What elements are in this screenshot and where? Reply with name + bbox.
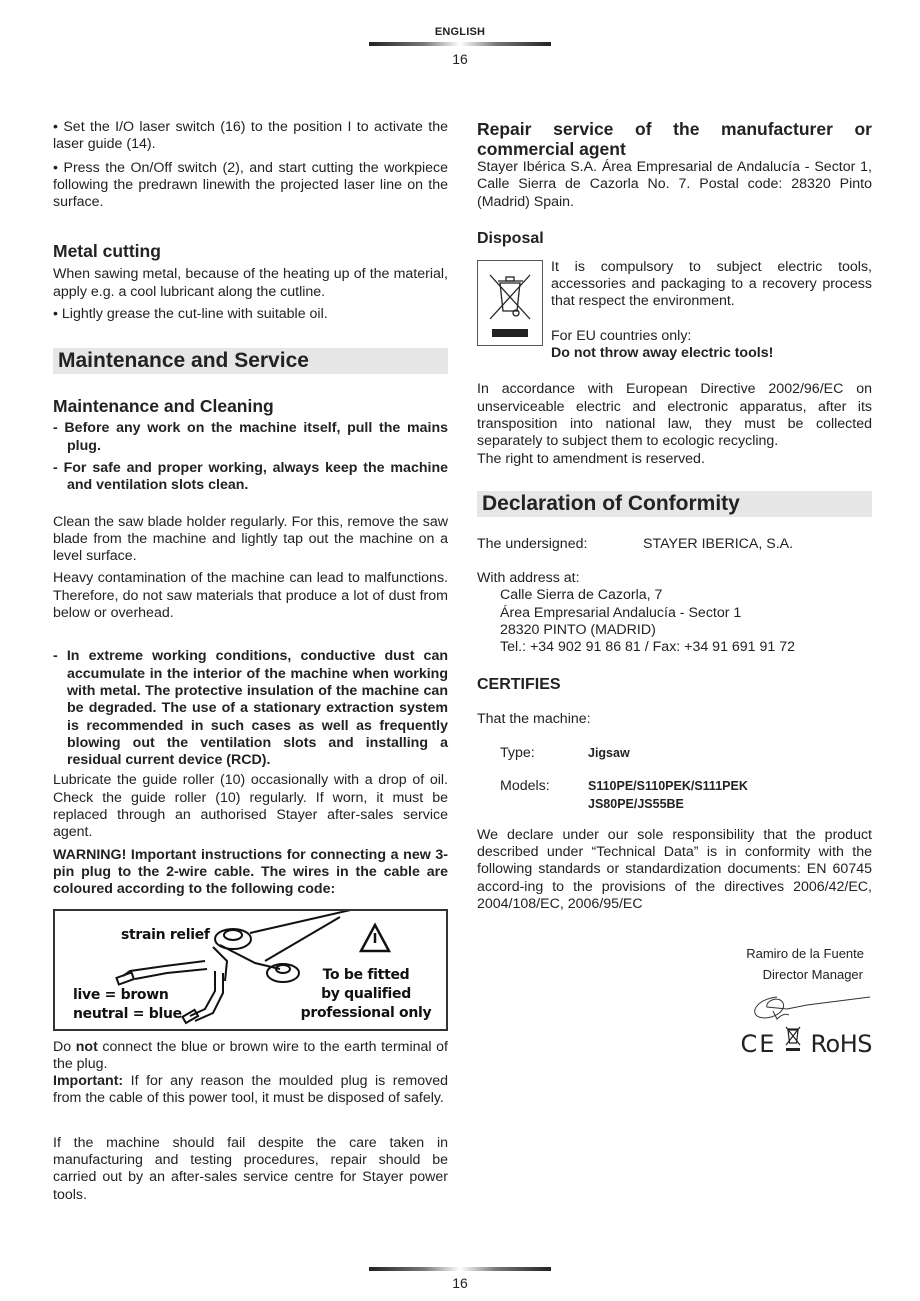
models-value-2: JS80PE/JS55BE	[588, 796, 748, 813]
neutral-wire-label: neutral = blue	[73, 1005, 182, 1024]
signature	[477, 985, 872, 1025]
undersigned-label: The undersigned:	[477, 536, 643, 553]
earth-note-bold: not	[76, 1039, 98, 1055]
guide-roller-text: Lubricate the guide roller (10) occasion…	[53, 772, 448, 841]
fit-note-line-3: professional only	[296, 1004, 436, 1023]
qualified-fitting-note: To be fitted by qualified professional o…	[296, 966, 436, 1023]
fit-note-line-2: by qualified	[296, 985, 436, 1004]
type-row: Type: Jigsaw	[477, 745, 872, 762]
repair-service-address: Stayer Ibérica S.A. Área Empresarial de …	[477, 159, 872, 211]
header-language: ENGLISH	[0, 26, 920, 38]
models-value-1: S110PE/S110PEK/S111PEK	[588, 778, 748, 795]
type-value: Jigsaw	[588, 745, 630, 762]
header-divider	[369, 42, 551, 46]
weee-bin-icon	[477, 260, 543, 346]
disposal-block: It is compulsory to subject electric too…	[477, 259, 872, 362]
warning-keep-clean: - For safe and proper working, always ke…	[53, 460, 448, 495]
declaration-heading: Declaration of Conformity	[477, 491, 872, 517]
models-row: Models: S110PE/S110PEK/S111PEK JS80PE/JS…	[477, 778, 872, 813]
amendment-text: The right to amendment is reserved.	[477, 451, 872, 468]
type-label: Type:	[477, 745, 588, 762]
right-column: Repair service of the manufacturer or co…	[477, 119, 872, 1053]
fit-note-line-1: To be fitted	[296, 966, 436, 985]
disposal-text: It is compulsory to subject electric too…	[551, 259, 872, 311]
footer-divider	[369, 1267, 551, 1271]
repair-service-heading: Repair service of the manufacturer or co…	[477, 119, 872, 159]
certifies-heading: CERTIFIES	[477, 675, 872, 695]
address-block: Calle Sierra de Cazorla, 7 Área Empresar…	[477, 587, 872, 656]
footer-page-number: 16	[0, 1275, 920, 1291]
earth-terminal-note: Do not connect the blue or brown wire to…	[53, 1039, 448, 1074]
address-line-4: Tel.: +34 902 91 86 81 / Fax: +34 91 691…	[500, 639, 872, 656]
rohs-mark-icon: RoHS	[810, 1036, 872, 1053]
weee-mark-icon	[784, 1025, 802, 1053]
eu-only-label: For EU countries only:	[551, 328, 872, 345]
address-label: With address at:	[477, 570, 872, 587]
address-line-2: Área Empresarial Andalucía - Sector 1	[500, 605, 872, 622]
conformity-statement: We declare under our sole responsibility…	[477, 827, 872, 913]
undersigned-row: The undersigned: STAYER IBERICA, S.A.	[477, 536, 872, 553]
strain-relief-label: strain relief	[121, 926, 210, 945]
address-line-3: 28320 PINTO (MADRID)	[500, 622, 872, 639]
address-line-1: Calle Sierra de Cazorla, 7	[500, 587, 872, 604]
directive-text: In accordance with European Directive 20…	[477, 381, 872, 450]
handwritten-signature-icon	[747, 985, 872, 1025]
warning-pull-plug: - Before any work on the machine itself,…	[53, 420, 448, 455]
models-label: Models:	[477, 778, 588, 813]
earth-note-rest: connect the blue or brown wire to the ea…	[53, 1039, 448, 1072]
metal-cutting-text: When sawing metal, because of the heatin…	[53, 266, 448, 301]
important-note: Important: If for any reason the moulded…	[53, 1073, 448, 1108]
undersigned-value: STAYER IBERICA, S.A.	[643, 536, 793, 553]
signature-block: Ramiro de la Fuente Director Manager	[477, 943, 872, 985]
live-wire-label: live = brown	[73, 986, 169, 1005]
important-label: Important:	[53, 1073, 123, 1089]
eu-warning: Do not throw away electric tools!	[551, 345, 872, 362]
signer-title: Director Manager	[477, 964, 864, 985]
contamination-text: Heavy contamination of the machine can l…	[53, 570, 448, 622]
metal-cutting-bullet: • Lightly grease the cut-line with suita…	[53, 306, 448, 323]
extreme-conditions-warning: - In extreme working conditions, conduct…	[53, 648, 448, 769]
signer-name: Ramiro de la Fuente	[477, 943, 864, 964]
laser-bullet-1: • Set the I/O laser switch (16) to the p…	[53, 119, 448, 154]
machine-label: That the machine:	[477, 711, 872, 728]
disposal-heading: Disposal	[477, 229, 872, 249]
earth-note-prefix: Do	[53, 1039, 76, 1055]
laser-bullet-2: • Press the On/Off switch (2), and start…	[53, 160, 448, 212]
certification-marks: CE RoHS	[477, 1025, 872, 1053]
ce-mark-icon: CE	[741, 1036, 777, 1053]
header-page-number: 16	[0, 51, 920, 67]
maintenance-cleaning-heading: Maintenance and Cleaning	[53, 396, 448, 416]
plug-warning: WARNING! Important instructions for conn…	[53, 847, 448, 899]
left-column: • Set the I/O laser switch (16) to the p…	[53, 119, 448, 1204]
repair-note: If the machine should fail despite the c…	[53, 1135, 448, 1204]
maintenance-service-heading: Maintenance and Service	[53, 348, 448, 374]
wiring-diagram: strain relief live = brown neutral = blu…	[53, 909, 448, 1031]
clean-blade-holder-text: Clean the saw blade holder regularly. Fo…	[53, 514, 448, 566]
disposal-text-block: It is compulsory to subject electric too…	[551, 259, 872, 362]
metal-cutting-heading: Metal cutting	[53, 241, 448, 261]
